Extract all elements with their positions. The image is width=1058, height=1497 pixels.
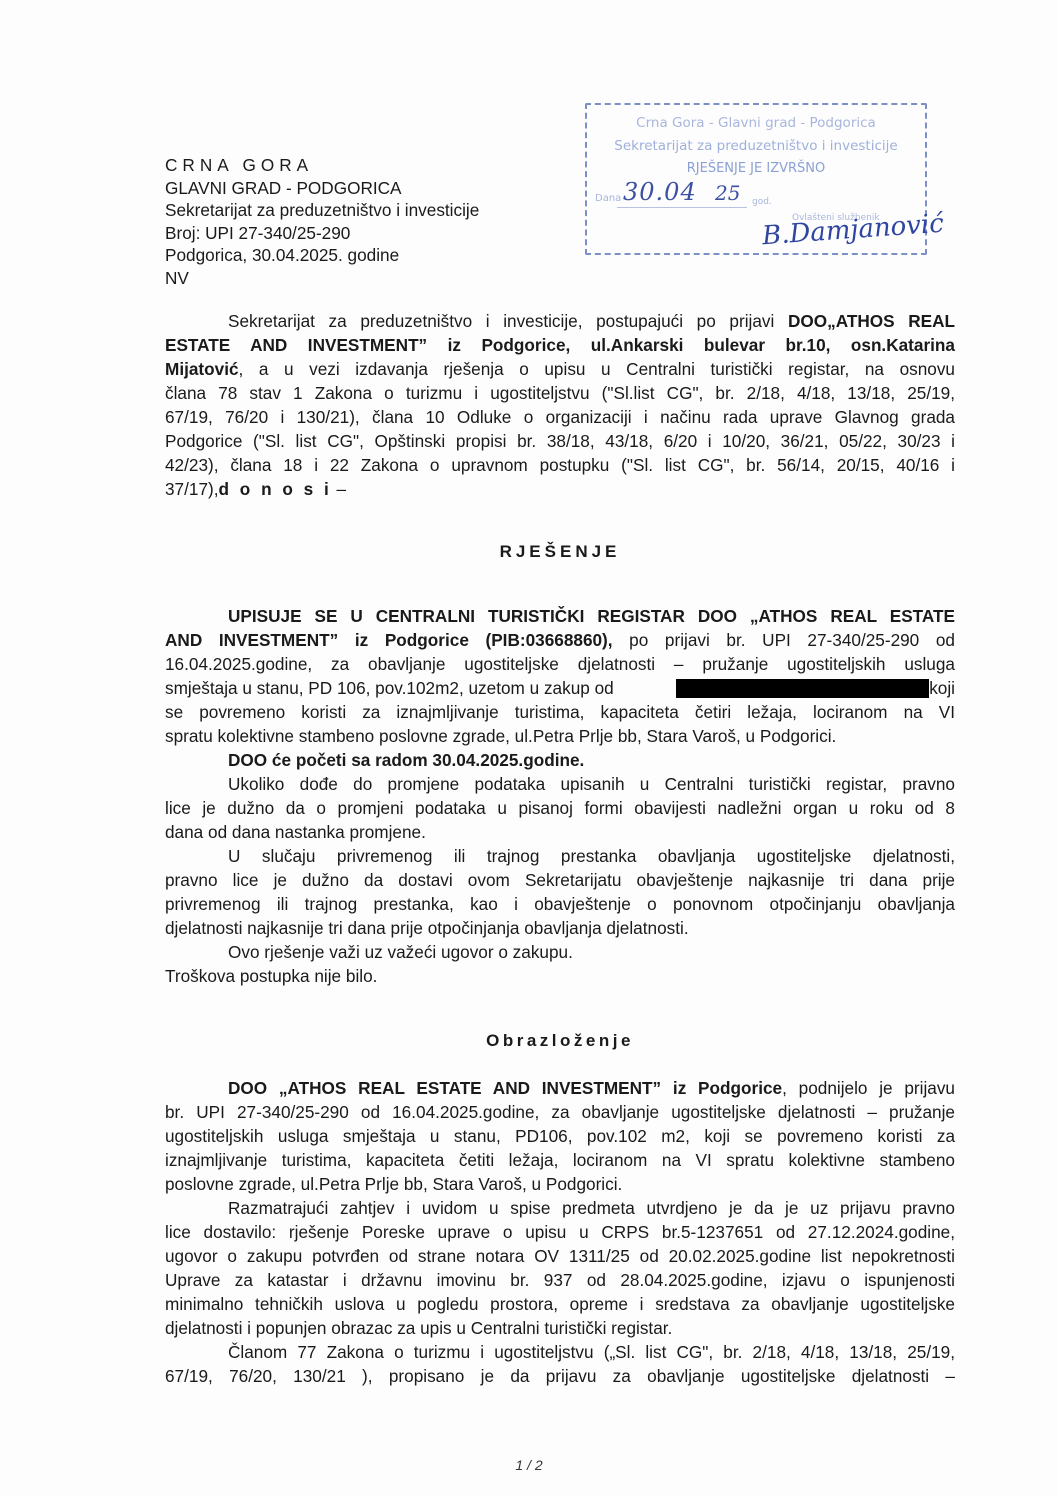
reasoning-line: Razmatrajući zahtjev i uvidom u spise pr… <box>228 1197 955 1219</box>
reasoning-line: iznajmljivanje turistima, kapaciteta čet… <box>165 1149 955 1171</box>
document-page: Crna Gora - Glavni grad - Podgorica Sekr… <box>0 0 1058 1497</box>
founder-surname-bold: Mijatović <box>165 359 239 379</box>
document-header: CRNA GORA GLAVNI GRAD - PODGORICA Sekret… <box>165 154 479 289</box>
header-country: CRNA GORA <box>165 154 479 177</box>
header-initials: NV <box>165 267 479 290</box>
header-city: GLAVNI GRAD - PODGORICA <box>165 177 479 200</box>
reasoning-line: br. UPI 27-340/25-290 od 16.04.2025.godi… <box>165 1101 955 1123</box>
reasoning-line: 67/19, 76/20, 130/21 ), propisano je da … <box>165 1365 955 1387</box>
donosi-bold: d o n o s i <box>219 479 332 499</box>
decision-line: pravno lice je dužno da dostavi ovom Sek… <box>165 869 955 891</box>
decision-line: AND INVESTMENT” iz Podgorice (PIB:036688… <box>165 629 955 651</box>
decision-line: dana od dana nastanka promjene. <box>165 821 955 843</box>
decision-line: U slučaju privremenog ili trajnog presta… <box>228 845 955 867</box>
intro-line: Sekretarijat za preduzetništvo i investi… <box>228 310 955 332</box>
enforceability-stamp: Crna Gora - Glavni grad - Podgorica Sekr… <box>585 103 927 255</box>
decision-line: se povremeno koristi za iznajmljivanje t… <box>165 701 955 723</box>
intro-dash: – <box>332 479 346 499</box>
decision-text: po prijavi br. UPI 27-340/25-290 od <box>613 630 955 650</box>
reasoning-line: minimalno tehničkih uslova u pogledu pro… <box>165 1293 955 1315</box>
reasoning-line: djelatnosti i popunjen obrazac za upis u… <box>165 1317 955 1339</box>
decision-line: Ukoliko dođe do promjene podataka upisan… <box>228 773 955 795</box>
stamp-handwritten-year: 25 <box>715 181 740 205</box>
reasoning-line: Članom 77 Zakona o turizmu i ugostiteljs… <box>228 1341 955 1363</box>
header-number: Broj: UPI 27-340/25-290 <box>165 222 479 245</box>
reasoning-line: DOO „ATHOS REAL ESTATE AND INVESTMENT” i… <box>228 1077 955 1099</box>
reasoning-line: poslovne zgrade, ul.Petra Prlje bb, Star… <box>165 1173 955 1195</box>
header-place-date: Podgorica, 30.04.2025. godine <box>165 244 479 267</box>
header-department: Sekretarijat za preduzetništvo i investi… <box>165 199 479 222</box>
reasoning-line: ugostiteljskih usluga smještaja u stanu,… <box>165 1125 955 1147</box>
reasoning-bold-text: DOO „ATHOS REAL ESTATE AND INVESTMENT” i… <box>228 1078 782 1098</box>
reasoning-line: lice dostavilo: rješenje Poreske uprave … <box>165 1221 955 1243</box>
stamp-line-3: RJEŠENJE JE IZVRŠNO <box>587 161 925 176</box>
intro-line: Podgorice ("Sl. list CG", Opštinski prop… <box>165 430 955 452</box>
intro-line: člana 78 stav 1 Zakona o turizmu i ugost… <box>165 382 955 404</box>
intro-text: 37/17), <box>165 479 219 499</box>
intro-line: Mijatović, a u vezi izdavanja rješenja o… <box>165 358 955 380</box>
reasoning-line: Uprave za katastar i državnu imovinu br.… <box>165 1269 955 1291</box>
decision-line: spratu kolektivne stambeno poslovne zgra… <box>165 725 955 747</box>
start-date-line: DOO će početi sa radom 30.04.2025.godine… <box>228 749 955 771</box>
reasoning-title: Obrazloženje <box>165 1030 955 1052</box>
decision-text: koji <box>929 677 955 699</box>
stamp-line-2: Sekretarijat za preduzetništvo i investi… <box>587 138 925 154</box>
decision-line: 16.04.2025.godine, za obavljanje ugostit… <box>165 653 955 675</box>
reasoning-line: ugovor o zakupu potvrđen od strane notar… <box>165 1245 955 1267</box>
decision-line: djelatnosti najkasnije tri dana prije ot… <box>165 917 955 939</box>
applicant-name-bold: DOO„ATHOS REAL <box>788 311 955 331</box>
decision-bold-text: AND INVESTMENT” iz Podgorice (PIB:036688… <box>165 630 613 650</box>
redacted-block <box>676 679 929 698</box>
decision-line: UPISUJE SE U CENTRALNI TURISTIČKI REGIST… <box>228 605 955 627</box>
stamp-dana-label: Dana <box>595 193 621 204</box>
intro-line: 67/19, 76/20 i 130/21), člana 10 Odluke … <box>165 406 955 428</box>
decision-line: Ovo rješenje važi uz važeći ugovor o zak… <box>228 941 955 963</box>
stamp-line-1: Crna Gora - Glavni grad - Podgorica <box>587 115 925 131</box>
intro-line: ESTATE AND INVESTMENT” iz Podgorice, ul.… <box>165 334 955 356</box>
decision-line: privremenog ili trajnog prestanka, kao i… <box>165 893 955 915</box>
stamp-signature: B.Damjanović <box>761 209 945 252</box>
intro-line-last: 37/17),d o n o s i – <box>165 478 955 500</box>
stamp-god-label: god. <box>752 197 772 207</box>
intro-line: 42/23), člana 18 i 22 Zakona o upravnom … <box>165 454 955 476</box>
stamp-date-underline <box>617 207 747 208</box>
page-number: 1 / 2 <box>0 1457 1058 1473</box>
decision-text: smještaja u stanu, PD 106, pov.102m2, uz… <box>165 677 614 699</box>
intro-text: , a u vezi izdavanja rješenja o upisu u … <box>239 359 955 379</box>
decision-line-redacted: smještaja u stanu, PD 106, pov.102m2, uz… <box>165 677 955 699</box>
reasoning-text: , podnijelo je prijavu <box>782 1078 955 1098</box>
intro-text: Sekretarijat za preduzetništvo i investi… <box>228 311 788 331</box>
decision-title: RJEŠENJE <box>165 541 955 563</box>
stamp-handwritten-date: 30.04 <box>623 178 697 206</box>
decision-line: Troškova postupka nije bilo. <box>165 965 955 987</box>
decision-line: lice je dužno da o promjeni podataka u p… <box>165 797 955 819</box>
